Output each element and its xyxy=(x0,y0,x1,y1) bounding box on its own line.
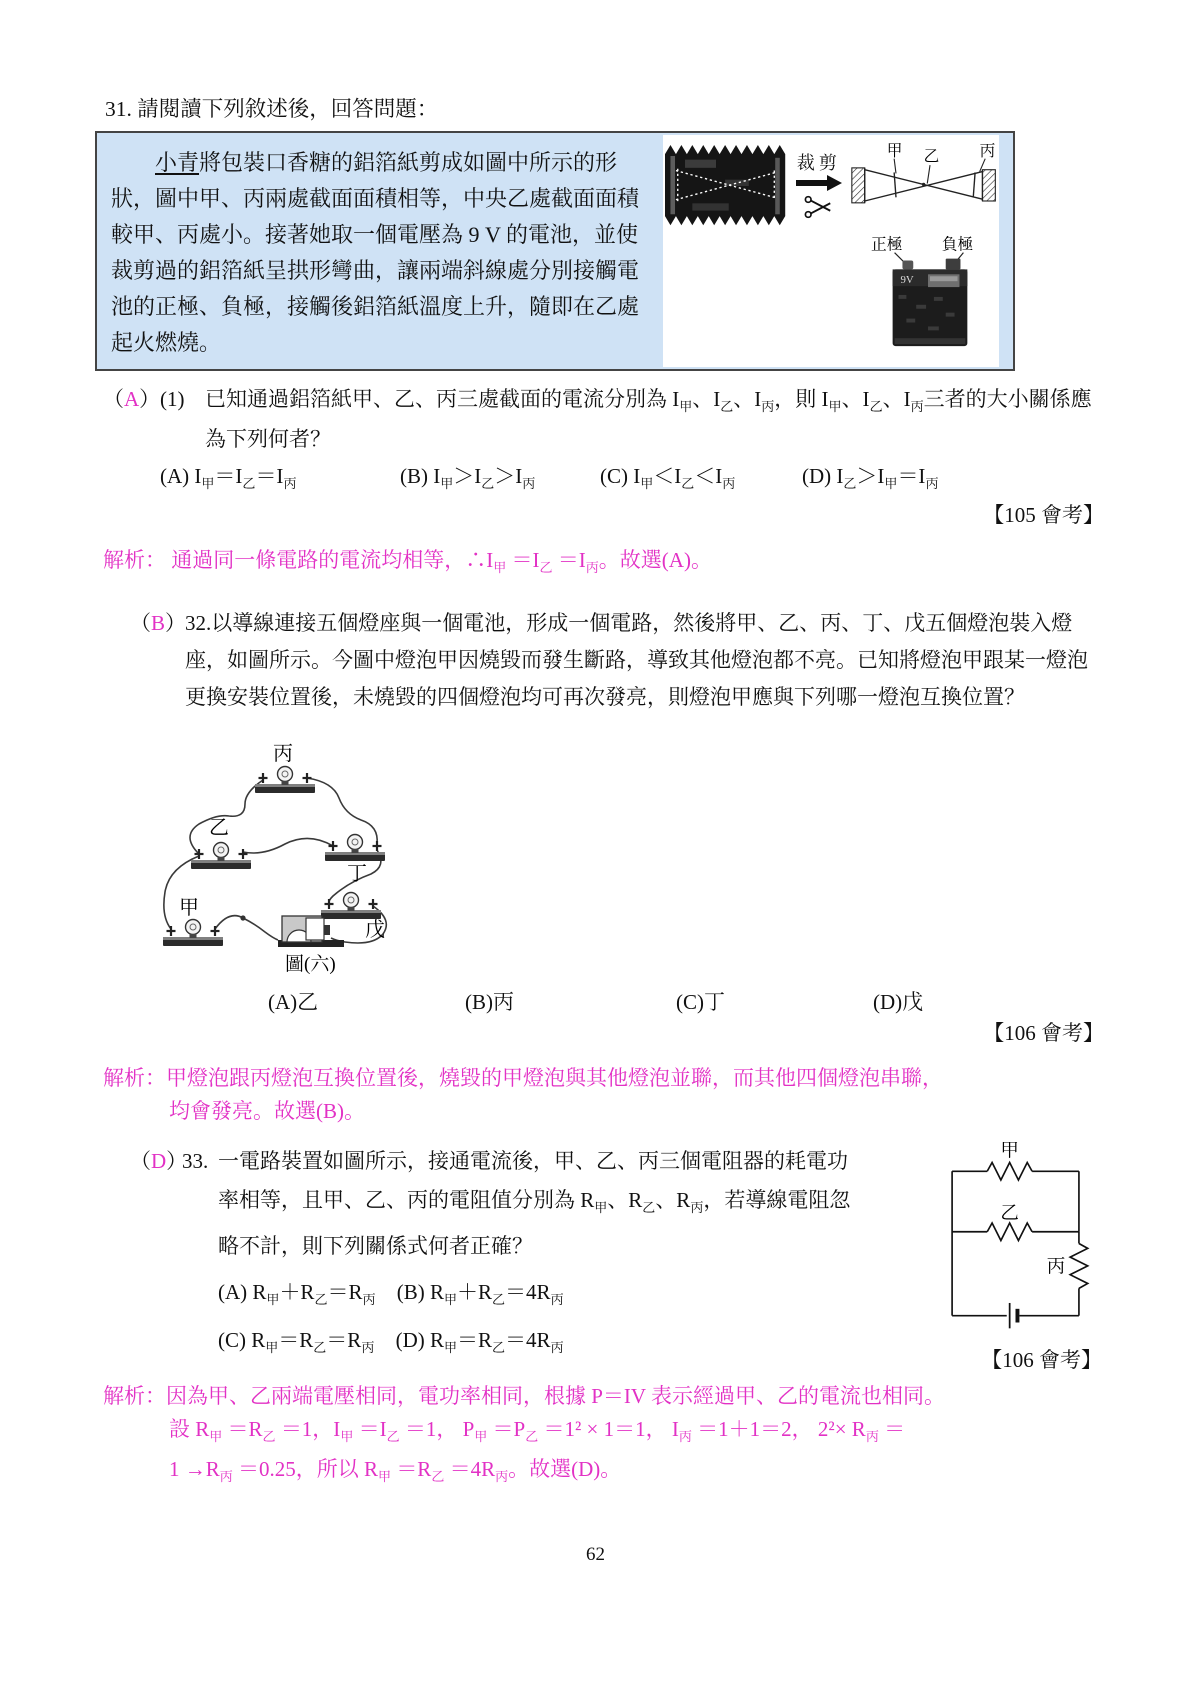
q31-analysis: 解析： 通過同一條電路的電流均相等，∴I甲 ＝I乙 ＝I丙。故選(A)。 xyxy=(103,544,1106,584)
battery-box xyxy=(278,916,344,947)
battery-negative-label: 負極 xyxy=(942,236,974,254)
q32: （B） 32.以導線連接五個燈座與一個電池，形成一個電路，然後將甲、乙、丙、丁、… xyxy=(103,605,1106,716)
analysis-line: 解析：因為甲、乙兩端電壓相同，電功率相同，根據 P＝IV 表示經過甲、乙的電流也… xyxy=(103,1380,1106,1413)
source-tag: 【106 會考】 xyxy=(981,1344,1102,1374)
cut-step: 裁剪 xyxy=(791,149,847,219)
answer-badge: （D） xyxy=(130,1142,187,1181)
option-d: (D) R甲＝R乙＝4R丙 xyxy=(396,1320,564,1368)
q33-options: (A) R甲＋R乙＝R丙 (B) R甲＋R乙＝4R丙 (C) R甲＝R乙＝R丙 … xyxy=(218,1272,861,1368)
answer-letter: D xyxy=(151,1149,166,1173)
option-b: (B)丙 xyxy=(465,986,676,1018)
analysis-line: 1 →R丙 ＝0.25，所以 R甲 ＝R乙 ＝4R丙。故選(D)。 xyxy=(103,1453,1106,1493)
foil-photo xyxy=(665,139,788,234)
question-number: (1) xyxy=(160,383,185,416)
question-stem: 以導線連接五個燈座與一個電池，形成一個電路，然後將甲、乙、丙、丁、戊五個燈泡裝入… xyxy=(185,611,1088,709)
option-c: (C) I甲＜I乙＜I丙 xyxy=(600,460,802,500)
answer-letter: B xyxy=(151,611,165,635)
option-a: (A) I甲＝I乙＝I丙 xyxy=(160,460,400,500)
option-a: (A) R甲＋R乙＝R丙 xyxy=(218,1272,376,1320)
source-tag: 【106 會考】 xyxy=(103,1018,1106,1048)
resistor-label-yi: 乙 xyxy=(1000,1203,1019,1224)
right-arrow-icon xyxy=(796,175,842,191)
option-b: (B) R甲＋R乙＝4R丙 xyxy=(397,1272,564,1320)
cut-action-label: 裁剪 xyxy=(797,149,841,175)
q33: （D） 33. 一電路裝置如圖所示，接通電流後，甲、乙、丙三個電阻器的耗電功率相… xyxy=(103,1142,861,1374)
q32-circuit-figure: 丙 乙 丁 戊 甲 圖(六) xyxy=(133,724,1106,980)
scissors-icon xyxy=(804,195,834,219)
foil-cutout-diagram: 甲 乙 丙 xyxy=(850,139,997,217)
bulb-label-bing: 丙 xyxy=(273,743,293,765)
q33-figure-column: 甲 乙 丙 【106 會考】 xyxy=(894,1142,1106,1374)
question-number: 32. xyxy=(185,611,211,635)
analysis-line: 均會發亮。故選(B)。 xyxy=(103,1095,1106,1128)
source-tag: 【105 會考】 xyxy=(103,500,1106,530)
q33-analysis: 解析：因為甲、乙兩端電壓相同，電功率相同，根據 P＝IV 表示經過甲、乙的電流也… xyxy=(103,1380,1106,1493)
q32-analysis: 解析：甲燈泡跟丙燈泡互換位置後，燒毀的甲燈泡與其他燈泡並聯，而其他四個燈泡串聯，… xyxy=(103,1062,1106,1128)
q33-circuit-figure: 甲 乙 丙 xyxy=(930,1142,1102,1342)
option-d: (D) I乙＞I甲＝I丙 xyxy=(802,460,938,500)
cut-label-yi: 乙 xyxy=(923,148,939,165)
battery-positive-label: 正極 xyxy=(871,236,903,254)
bulb-label-ding: 丁 xyxy=(347,863,367,885)
bulb-label-jia: 甲 xyxy=(179,897,199,919)
battery-voltage-label: 9V xyxy=(900,274,913,286)
resistor-label-jia: 甲 xyxy=(1000,1142,1019,1162)
answer-badge: （B） xyxy=(130,605,186,642)
option-d: (D)戊 xyxy=(873,986,923,1018)
q31-passage-box: 小青將包裝口香糖的鋁箔紙剪成如圖中所示的形狀，圖中甲、丙兩處截面面積相等，中央乙… xyxy=(95,131,1015,371)
question-stem: 一電路裝置如圖所示，接通電流後，甲、乙、丙三個電阻器的耗電功率相等，且甲、乙、丙… xyxy=(218,1149,850,1258)
option-c: (C)丁 xyxy=(676,986,873,1018)
question-stem: 已知通過鋁箔紙甲、乙、丙三處截面的電流分別為 I甲、I乙、I丙，則 I甲、I乙、… xyxy=(205,387,1092,451)
option-a: (A)乙 xyxy=(268,986,465,1018)
bulb-label-yi: 乙 xyxy=(209,817,229,839)
bulb-label-wu: 戊 xyxy=(365,918,385,941)
cut-label-jia: 甲 xyxy=(887,142,903,160)
question-number: 33. xyxy=(182,1142,208,1181)
answer-letter: A xyxy=(124,387,139,411)
analysis-line: 解析：甲燈泡跟丙燈泡互換位置後，燒毀的甲燈泡與其他燈泡並聯，而其他四個燈泡串聯， xyxy=(103,1062,1106,1095)
q31-sub1-options: (A) I甲＝I乙＝I丙 (B) I甲＞I乙＞I丙 (C) I甲＜I乙＜I丙 (… xyxy=(103,460,1106,500)
q32-options: (A)乙 (B)丙 (C)丁 (D)戊 xyxy=(103,986,1106,1018)
q31-header: 31. 請閱讀下列敘述後，回答問題： xyxy=(105,92,1106,123)
answer-badge: （A） xyxy=(103,383,160,416)
battery-9v: 正極 負極 9V xyxy=(865,234,993,352)
option-c: (C) R甲＝R乙＝R丙 xyxy=(218,1320,374,1368)
cut-label-bing: 丙 xyxy=(980,142,996,160)
q31-figure-panel: 裁剪 xyxy=(663,135,999,367)
option-b: (B) I甲＞I乙＞I丙 xyxy=(400,460,600,500)
worksheet-page: 31. 請閱讀下列敘述後，回答問題： 小青將包裝口香糖的鋁箔紙剪成如圖中所示的形… xyxy=(0,0,1191,1684)
figure-caption: 圖(六) xyxy=(285,953,336,974)
q31-passage: 小青將包裝口香糖的鋁箔紙剪成如圖中所示的形狀，圖中甲、丙兩處截面面積相等，中央乙… xyxy=(97,133,663,369)
battery-figure: 正極 負極 9V xyxy=(865,234,993,358)
resistor-label-bing: 丙 xyxy=(1047,1256,1066,1277)
q31-sub1: （A） (1) 已知通過鋁箔紙甲、乙、丙三處截面的電流分別為 I甲、I乙、I丙，… xyxy=(103,383,1106,456)
analysis-line: 設 R甲 ＝R乙 ＝1，I甲 ＝I乙 ＝1， P甲 ＝P乙 ＝1² × 1＝1，… xyxy=(103,1413,1106,1453)
page-number: 62 xyxy=(0,1544,1191,1566)
